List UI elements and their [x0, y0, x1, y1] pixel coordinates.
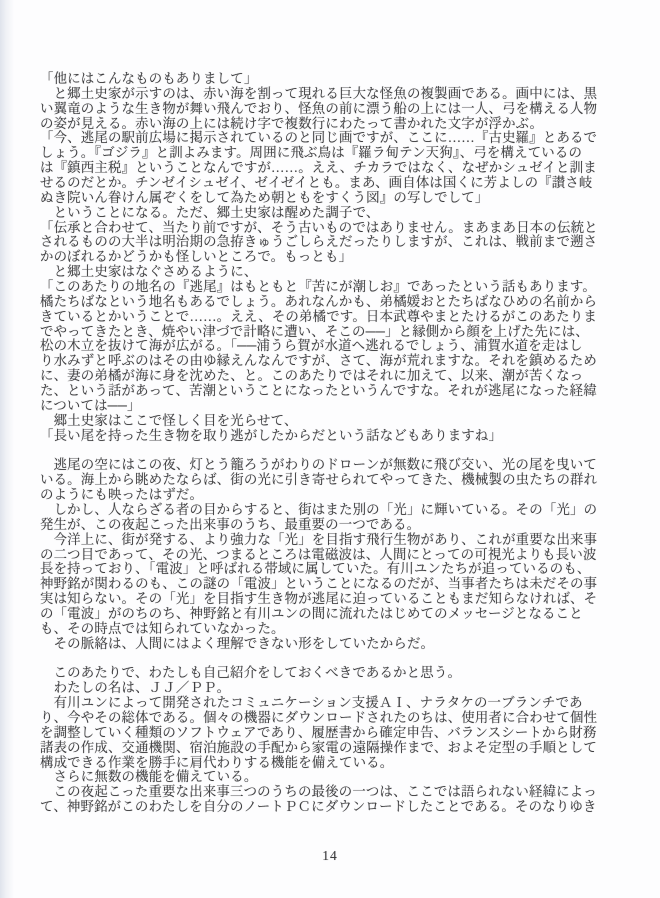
text-line: 橘たちばなという地名もあるでしょう。あれなんかも、弟橘媛おとたちばなひめの名前か… [40, 295, 640, 310]
text-line: 神野銘が関わるのも、この謎の「電波」ということになるのだが、当事者たちは未だその… [40, 577, 640, 592]
text-line: 逃尾の空にはこの夜、灯とう籠ろうがわりのドローンが無数に飛び交い、光の尾を曳いて [40, 458, 640, 473]
text-line: に、妻の弟橘が海に身を沈めた、と。このあたりではそれに加えて、以来、潮が苦くなっ [40, 369, 640, 384]
text-line: いる。海上から眺めたならば、街の光に引き寄せられてやってきた、機械製の虫たちの群… [40, 473, 640, 488]
text-line: については──」 [40, 399, 640, 414]
text-line: ということになる。ただ、郷土史家は醒めた調子で、 [40, 206, 640, 221]
body-text: 「他にはこんなものもありまして」 と郷土史家が示すのは、赤い海を割って現れる巨大… [40, 72, 640, 815]
text-line: は『鎮西主税』ということなんですが……。ええ、チカラではなく、なぜかシュゼイと訓… [40, 161, 640, 176]
page-number: 14 [0, 848, 660, 864]
text-line: 発生が、この夜起こった出来事のうち、最重要の一つである。 [40, 518, 640, 533]
text-line: このあたりで、わたしも自己紹介をしておくべきであるかと思う。 [40, 666, 640, 681]
text-line: も、その時点では知られていなかった。 [40, 622, 640, 637]
text-line: きているとかいうことで……。ええ、その弟橘です。日本武尊やまとたけるがこのあたり… [40, 310, 640, 325]
text-line: その脈絡は、人間にはよく理解できない形をしていたからだ。 [40, 637, 640, 652]
text-line: しかし、人ならざる者の目からすると、街はまた別の「光」に輝いている。その「光」の [40, 503, 640, 518]
text-line: い翼竜のような生き物が舞い飛んでおり、怪魚の前に漂う船の上には一人、弓を構える人… [40, 102, 640, 117]
text-line: のようにも映ったはずだ。 [40, 488, 640, 503]
text-line: た、という話があって、苦潮ということになったというんですな。それが逃尾になった経… [40, 384, 640, 399]
text-line: 郷土史家はここで怪しく目を光らせて、 [40, 414, 640, 429]
text-line: せるのだとか。チンゼイシュゼイ、ゼイゼイとも。まあ、画自体は国くに芳よしの『讃さ… [40, 176, 640, 191]
text-line: を調整していく種類のソフトウェアであり、履歴書から確定申告、バランスシートから財… [40, 726, 640, 741]
text-line: 長を持っており、「電波」と呼ばれる帯域に属していた。有川ユンたちが追っているのも… [40, 562, 640, 577]
text-line: て、神野銘がこのわたしを自分のノートＰＣにダウンロードしたことである。そのなりゆ… [40, 800, 640, 815]
text-line: かのぼれるかどうかも怪しいところで。もっとも」 [40, 250, 640, 265]
text-line: 「長い尾を持った生き物を取り逃がしたからだという話などもありますね」 [40, 429, 640, 444]
text-line: わたしの名は、ＪＪ／ＰＰ。 [40, 681, 640, 696]
text-line: 諸表の作成、交通機関、宿泊施設の手配から家電の遠隔操作まで、およそ定型の手順とし… [40, 741, 640, 756]
text-line: と郷土史家はなぐさめるように、 [40, 265, 640, 280]
page-edge-shading [0, 0, 14, 898]
text-line: 今洋上に、街が発する、より強力な「光」を目指す飛行生物があり、これが重要な出来事 [40, 533, 640, 548]
text-line: り水みずと呼ぶのはその由ゆ縁えんなんですが、さて、海が荒れますな。それを鎮めるた… [40, 354, 640, 369]
text-line: と郷土史家が示すのは、赤い海を割って現れる巨大な怪魚の複製画である。画中には、黒 [40, 87, 640, 102]
text-line: しょう。『ゴジラ』と訓よみます。周囲に飛ぶ鳥は『羅ラ甸テン天狗』、弓を構えている… [40, 146, 640, 161]
text-line: 「このあたりの地名の『逃尾』はもともと『苦にが潮しお』であったという話もあります… [40, 280, 640, 295]
text-line: 有川ユンによって開発されたコミュニケーション支援ＡＩ、ナラタケの一ブランチであ [40, 696, 640, 711]
text-line: 実は知らない。その「光」を目指す生き物が逃尾に迫っていることもまだ知らなければ、… [40, 592, 640, 607]
text-line: 「他にはこんなものもありまして」 [40, 72, 640, 87]
text-line: り、今やその総体である。個々の機器にダウンロードされたのちは、使用者に合わせて個… [40, 711, 640, 726]
text-line: この夜起こった重要な出来事三つのうちの最後の一つは、ここでは語られない経緯によっ [40, 785, 640, 800]
book-page: 「他にはこんなものもありまして」 と郷土史家が示すのは、赤い海を割って現れる巨大… [0, 0, 660, 898]
text-line: の「電波」がのちのち、神野銘と有川ユンの間に流れたはじめてのメッセージとなること [40, 607, 640, 622]
text-line: ぬき院いん眷けん属ぞくをして為ため朝ともをすくう図』の写しでして」 [40, 191, 640, 206]
